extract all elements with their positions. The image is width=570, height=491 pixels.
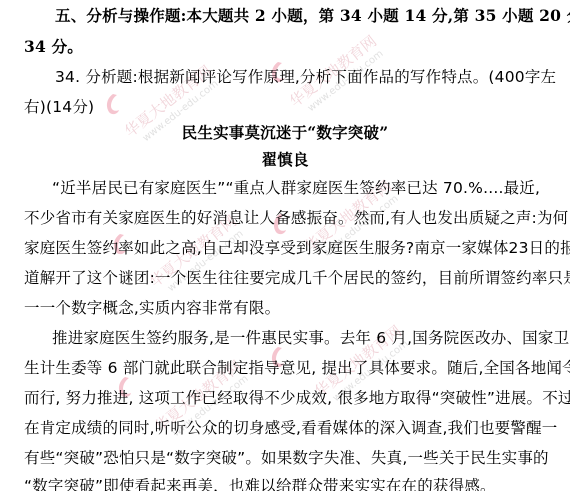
section-header-line-2: 34 分。 xyxy=(24,37,83,57)
paragraph-2-line: “数字突破”即使看起来再美，也难以给群众带来实实在在的获得感。 xyxy=(24,476,496,491)
paragraph-2-line: 在肯定成绩的同时,听听公众的切身感受,看看媒体的深入调查,我们也要警醒一 xyxy=(24,418,557,438)
paragraph-1-line: 一一个数字概念,实质内容非常有限。 xyxy=(24,298,280,318)
paragraph-1-line: 家庭医生签约率如此之高,自己却没享受到家庭医生服务?南京一家媒体23日的报 xyxy=(24,238,570,258)
paragraph-2-line: 有些“突破”恐怕只是“数字突破”。如果数字失准、失真,一些关于民生实事的 xyxy=(24,448,549,468)
paragraph-2-line: 而行, 努力推进, 这项工作已经取得不少成效, 很多地方取得“突破性”进展。不过… xyxy=(24,388,570,408)
article-author: 翟慎良 xyxy=(0,150,570,170)
document-page: 华夏大地教育网www.edu-edu.com 华夏大地教育网www.edu-ed… xyxy=(0,0,570,491)
paragraph-2-line: 推进家庭医生签约服务,是一件惠民实事。去年 6 月,国务院医改办、国家卫 xyxy=(52,328,569,348)
paragraph-1-line: 不少省市有关家庭医生的好消息让人备感振奋。然而,有人也发出质疑之声:为何 xyxy=(24,208,568,228)
question-line-1: 34. 分析题:根据新闻评论写作原理,分析下面作品的写作特点。(400字左 xyxy=(55,67,556,87)
section-header-line-1: 五、分析与操作题:本大题共 2 小题，第 34 小题 14 分,第 35 小题 … xyxy=(55,6,570,26)
paragraph-1-line: “近半居民已有家庭医生”“重点人群家庭医生签约率已达 70.%....最近, xyxy=(52,178,540,198)
question-line-2: 右)(14分) xyxy=(24,97,94,117)
paragraph-1-line: 道解开了这个谜团:一个医生往往要完成几千个居民的签约，目前所谓签约率只是 xyxy=(24,268,570,288)
watermark-logo-icon xyxy=(103,92,123,118)
article-title: 民生实事莫沉迷于“数字突破” xyxy=(0,123,570,143)
paragraph-2-line: 生计生委等 6 部门就此联合制定指导意见, 提出了具体要求。随后,全国各地闻令 xyxy=(24,358,570,378)
